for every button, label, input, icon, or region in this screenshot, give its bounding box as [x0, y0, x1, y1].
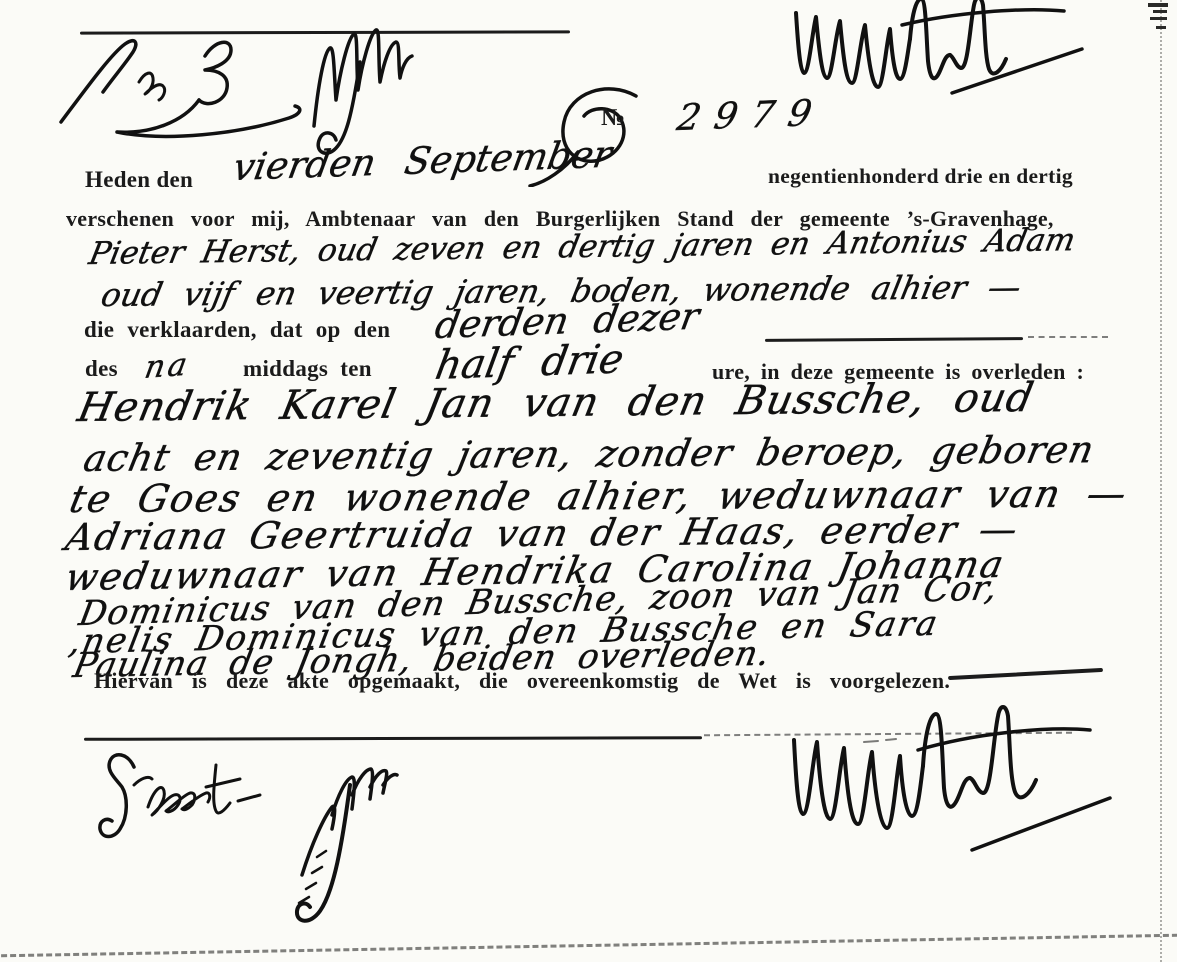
form-text-closing: Hiervan is deze akte opgemaakt, die over…	[94, 668, 950, 694]
form-text-middags-ten: middags ten	[243, 356, 372, 382]
form-text-die-verklaarden: die verklaarden, dat op den	[84, 317, 390, 343]
scan-artifact-page-edge	[1160, 0, 1162, 962]
form-text-heden-den: Heden den	[85, 167, 193, 193]
signature-bottom-right-registrar	[772, 700, 1117, 860]
handwritten-deceased-name: Hendrik Karel Jan van den Bussche, oud	[74, 375, 1038, 431]
handwritten-dash-line-faint	[1028, 336, 1108, 338]
act-number-label: №	[601, 105, 625, 132]
scan-artifact-corner-fragment	[1150, 17, 1167, 20]
death-certificate-scan: № 2979 Heden den vierden September negen…	[0, 0, 1177, 962]
signature-top-right-registrar	[782, 0, 1097, 110]
scan-artifact-bottom-line	[0, 934, 1177, 958]
handwritten-na: na	[142, 346, 193, 386]
handwritten-closing-dash	[948, 668, 1103, 680]
scan-artifact-corner-fragment	[1153, 10, 1167, 13]
scan-artifact-corner-fragment	[1156, 26, 1166, 29]
bottom-rule	[84, 736, 702, 741]
signature-bottom-left-adam	[252, 755, 437, 935]
handwritten-dash-line	[765, 337, 1023, 342]
scan-artifact-corner-fragment	[1148, 3, 1168, 7]
form-text-des: des	[85, 356, 118, 382]
act-number-value: 2979	[674, 93, 829, 139]
form-text-year: negentienhonderd drie en dertig	[768, 164, 1073, 189]
